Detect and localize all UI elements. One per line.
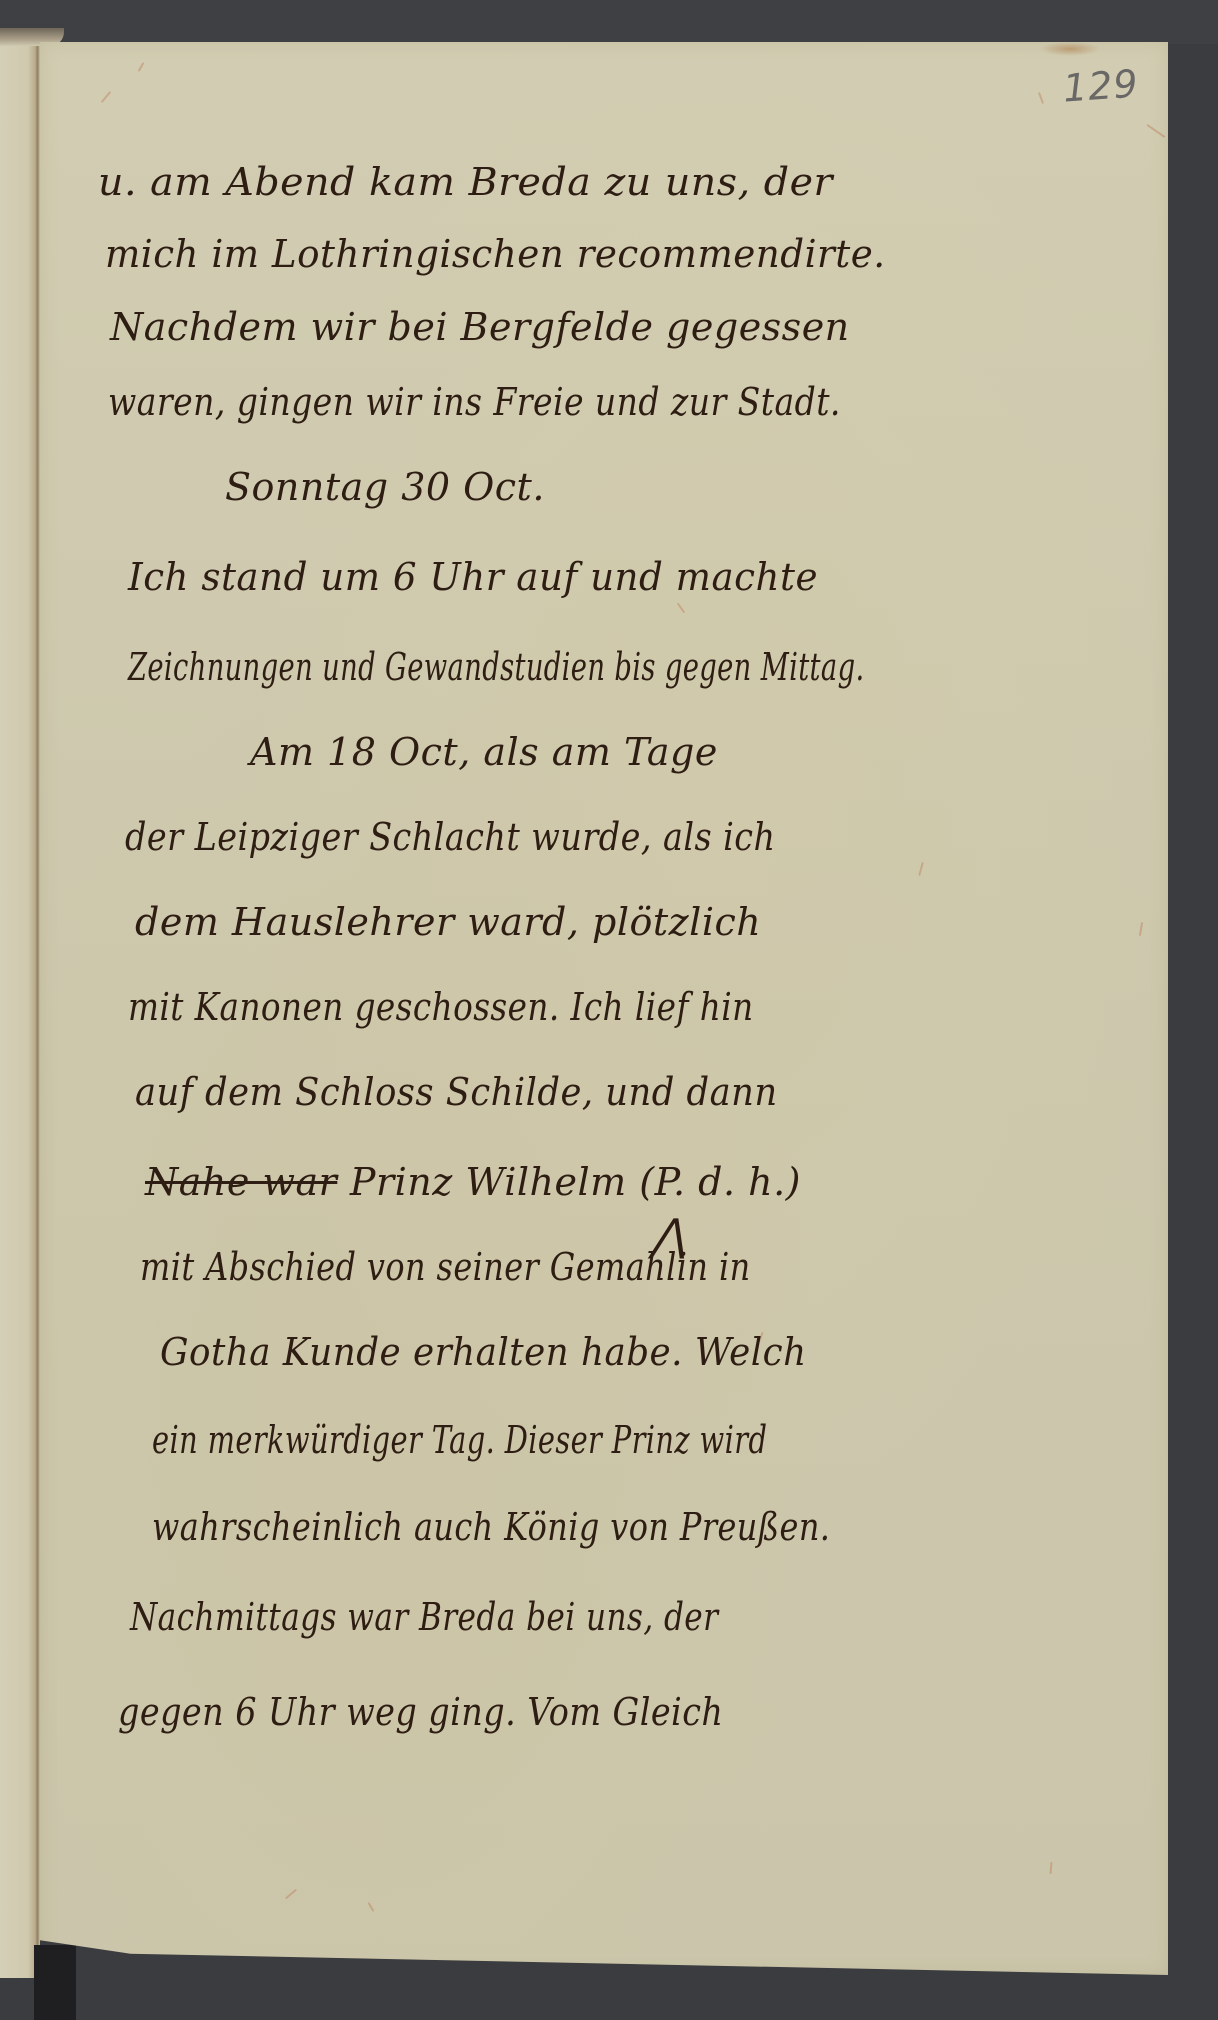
folio-number: 129 — [1062, 61, 1140, 110]
paper-fiber — [1049, 1862, 1052, 1874]
paper-fiber — [138, 62, 145, 72]
manuscript-line: mit Abschied von seiner Gemahlin in — [140, 1245, 751, 1289]
paper-fiber — [101, 91, 112, 103]
line-remainder: Prinz Wilhelm (P. d. h.) — [350, 1160, 801, 1204]
scanner-background-top — [0, 0, 1218, 44]
manuscript-line: Nachmittags war Breda bei uns, der — [130, 1595, 718, 1639]
manuscript-line: der Leipziger Schlacht wurde, als ich — [125, 815, 775, 859]
page-stain — [1040, 42, 1100, 56]
manuscript-line: Gotha Kunde erhalten habe. Welch — [160, 1330, 807, 1374]
manuscript-line: gegen 6 Uhr weg ging. Vom Gleich — [118, 1690, 723, 1734]
facing-page-edge — [0, 28, 40, 1978]
manuscript-line: mich im Lothringischen recommendirte. — [105, 232, 886, 276]
manuscript-line: dem Hauslehrer ward, plötzlich — [135, 900, 761, 944]
paper-fiber — [1146, 124, 1165, 138]
manuscript-line: waren, gingen wir ins Freie und zur Stad… — [108, 380, 841, 424]
manuscript-line-with-strikethrough: Nahe war Prinz Wilhelm (P. d. h.) — [145, 1160, 801, 1204]
paper-fiber — [1139, 922, 1143, 936]
manuscript-line: ein merkwürdiger Tag. Dieser Prinz wird — [152, 1418, 767, 1462]
paper-fiber — [285, 1889, 297, 1900]
manuscript-line: Nachdem wir bei Bergfelde gegessen — [110, 305, 850, 349]
paper-fiber — [918, 862, 924, 876]
paper-fiber — [127, 1963, 135, 1972]
manuscript-line: u. am Abend kam Breda zu uns, der — [98, 160, 833, 204]
paper-fiber — [368, 1902, 375, 1912]
struck-text: Nahe war — [145, 1160, 337, 1204]
manuscript-date-heading: Sonntag 30 Oct. — [225, 465, 545, 509]
manuscript-line: Ich stand um 6 Uhr auf und machte — [128, 555, 818, 599]
manuscript-line: mit Kanonen geschossen. Ich lief hin — [128, 985, 754, 1029]
manuscript-line: wahrscheinlich auch König von Preußen. — [152, 1505, 830, 1549]
binding-shadow — [34, 1945, 76, 2020]
paper-fiber — [677, 603, 686, 614]
manuscript-line: Zeichnungen und Gewandstudien bis gegen … — [128, 645, 865, 689]
manuscript-line: Am 18 Oct, als am Tage — [250, 730, 718, 774]
paper-fiber — [1038, 92, 1044, 104]
manuscript-line: auf dem Schloss Schilde, und dann — [135, 1070, 778, 1114]
